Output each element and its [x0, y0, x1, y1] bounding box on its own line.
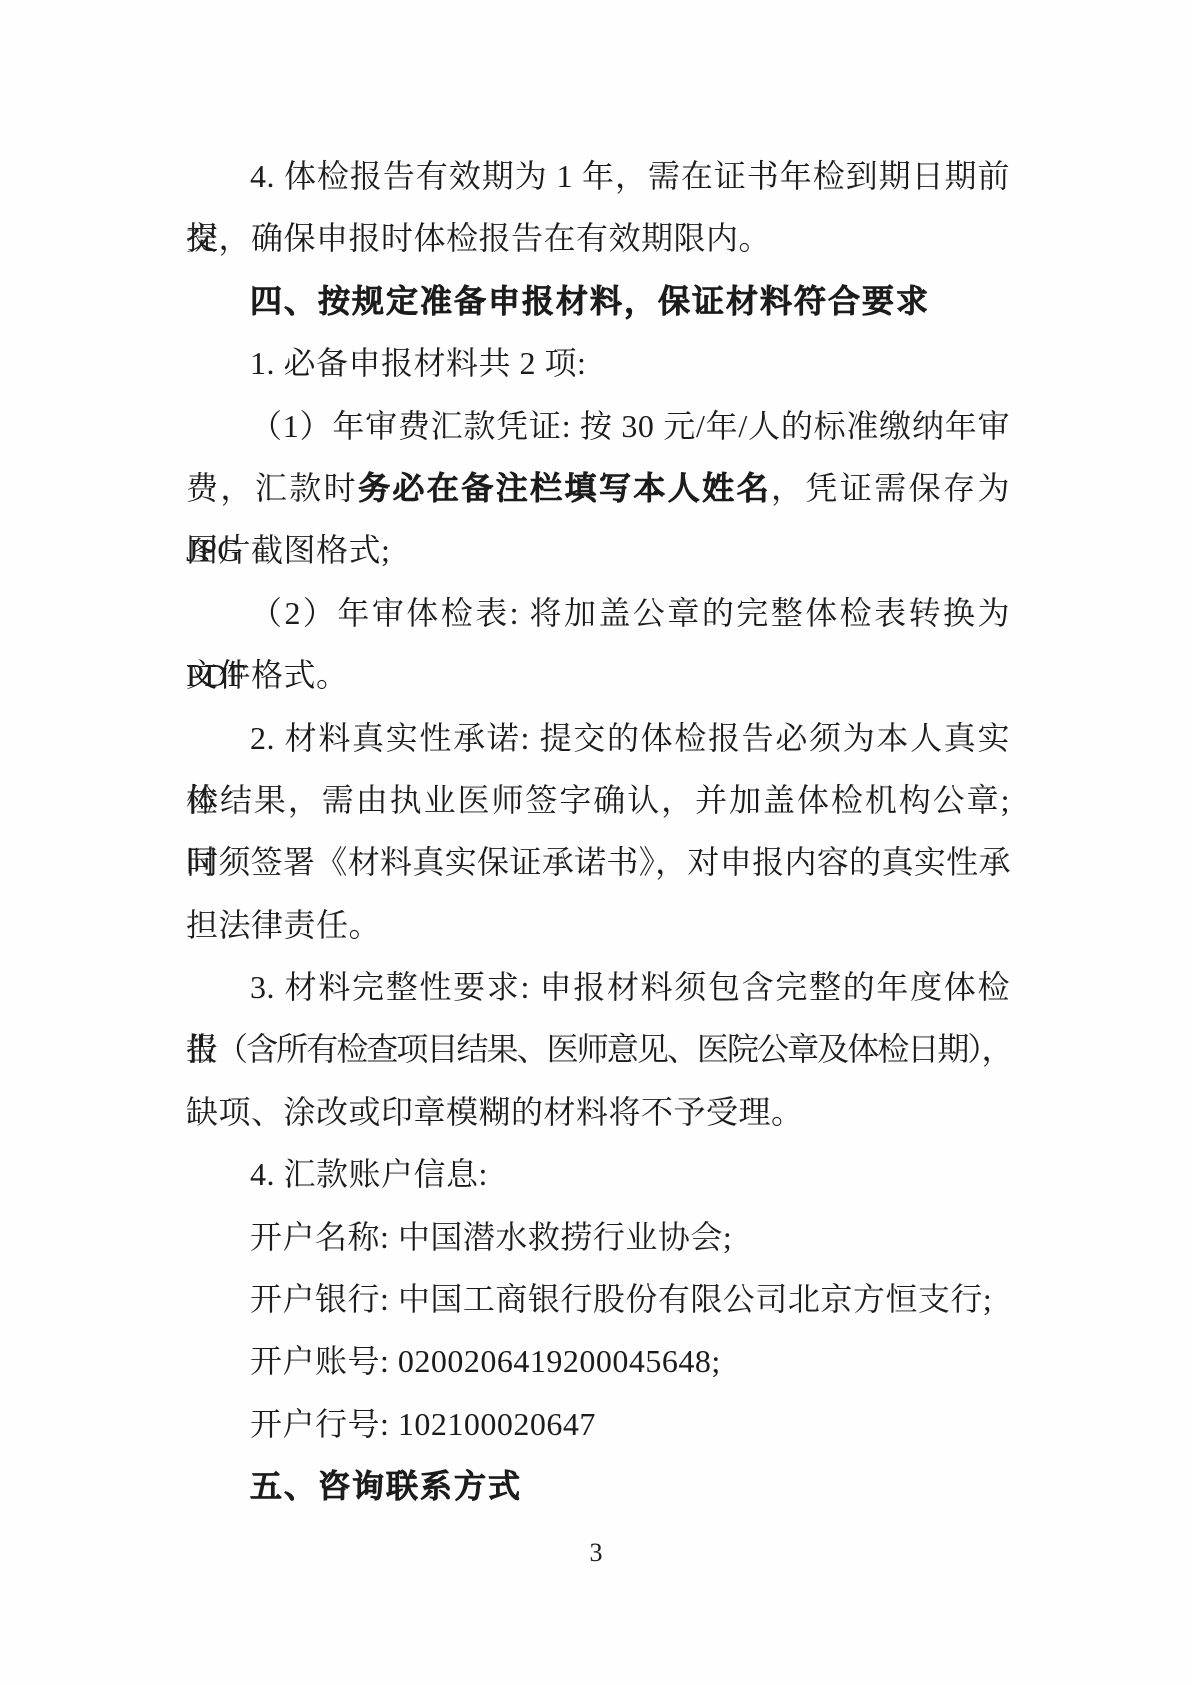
text-line: 交，确保申报时体检报告在有效期限内。	[186, 207, 1010, 269]
text-line: 4. 体检报告有效期为 1 年，需在证书年检到期日期前提	[186, 145, 1010, 207]
account-name-line: 开户名称: 中国潜水救捞行业协会;	[186, 1206, 1010, 1268]
text-line: 检结果，需由执业医师签字确认，并加盖体检机构公章; 同	[186, 769, 1010, 831]
section-heading-five: 五、咨询联系方式	[186, 1455, 1010, 1517]
section-heading-four: 四、按规定准备申报材料，保证材料符合要求	[186, 270, 1010, 332]
text-line: 告（含所有检查项目结果、医师意见、医院公章及体检日期），	[186, 1018, 1010, 1080]
document-page: 4. 体检报告有效期为 1 年，需在证书年检到期日期前提 交，确保申报时体检报告…	[0, 0, 1192, 1685]
document-body: 4. 体检报告有效期为 1 年，需在证书年检到期日期前提 交，确保申报时体检报告…	[186, 145, 1010, 1518]
text-run: 费，汇款时	[186, 470, 358, 506]
text-line: （2）年审体检表: 将加盖公章的完整体检表转换为PDF	[186, 582, 1010, 644]
text-line: 4. 汇款账户信息:	[186, 1143, 1010, 1205]
emphasis-run: 务必在备注栏填写本人姓名	[358, 470, 771, 506]
text-line: 2. 材料真实性承诺: 提交的体检报告必须为本人真实体	[186, 707, 1010, 769]
account-bank-line: 开户银行: 中国工商银行股份有限公司北京方恒支行;	[186, 1268, 1010, 1330]
text-line: 文件格式。	[186, 644, 1010, 706]
text-line: 3. 材料完整性要求: 申报材料须包含完整的年度体检报	[186, 956, 1010, 1018]
text-line: 担法律责任。	[186, 894, 1010, 956]
text-line: 缺项、涂改或印章模糊的材料将不予受理。	[186, 1081, 1010, 1143]
text-line: 1. 必备申报材料共 2 项:	[186, 332, 1010, 394]
text-line: 图片截图格式;	[186, 519, 1010, 581]
text-line: 时须签署《材料真实保证承诺书》，对申报内容的真实性承	[186, 831, 1010, 893]
text-line: 费，汇款时务必在备注栏填写本人姓名，凭证需保存为JPG	[186, 457, 1010, 519]
text-line: （1）年审费汇款凭证: 按 30 元/年/人的标准缴纳年审	[186, 395, 1010, 457]
page-number: 3	[0, 1538, 1192, 1568]
account-number-line: 开户账号: 0200206419200045648;	[186, 1330, 1010, 1392]
bank-code-line: 开户行号: 102100020647	[186, 1393, 1010, 1455]
